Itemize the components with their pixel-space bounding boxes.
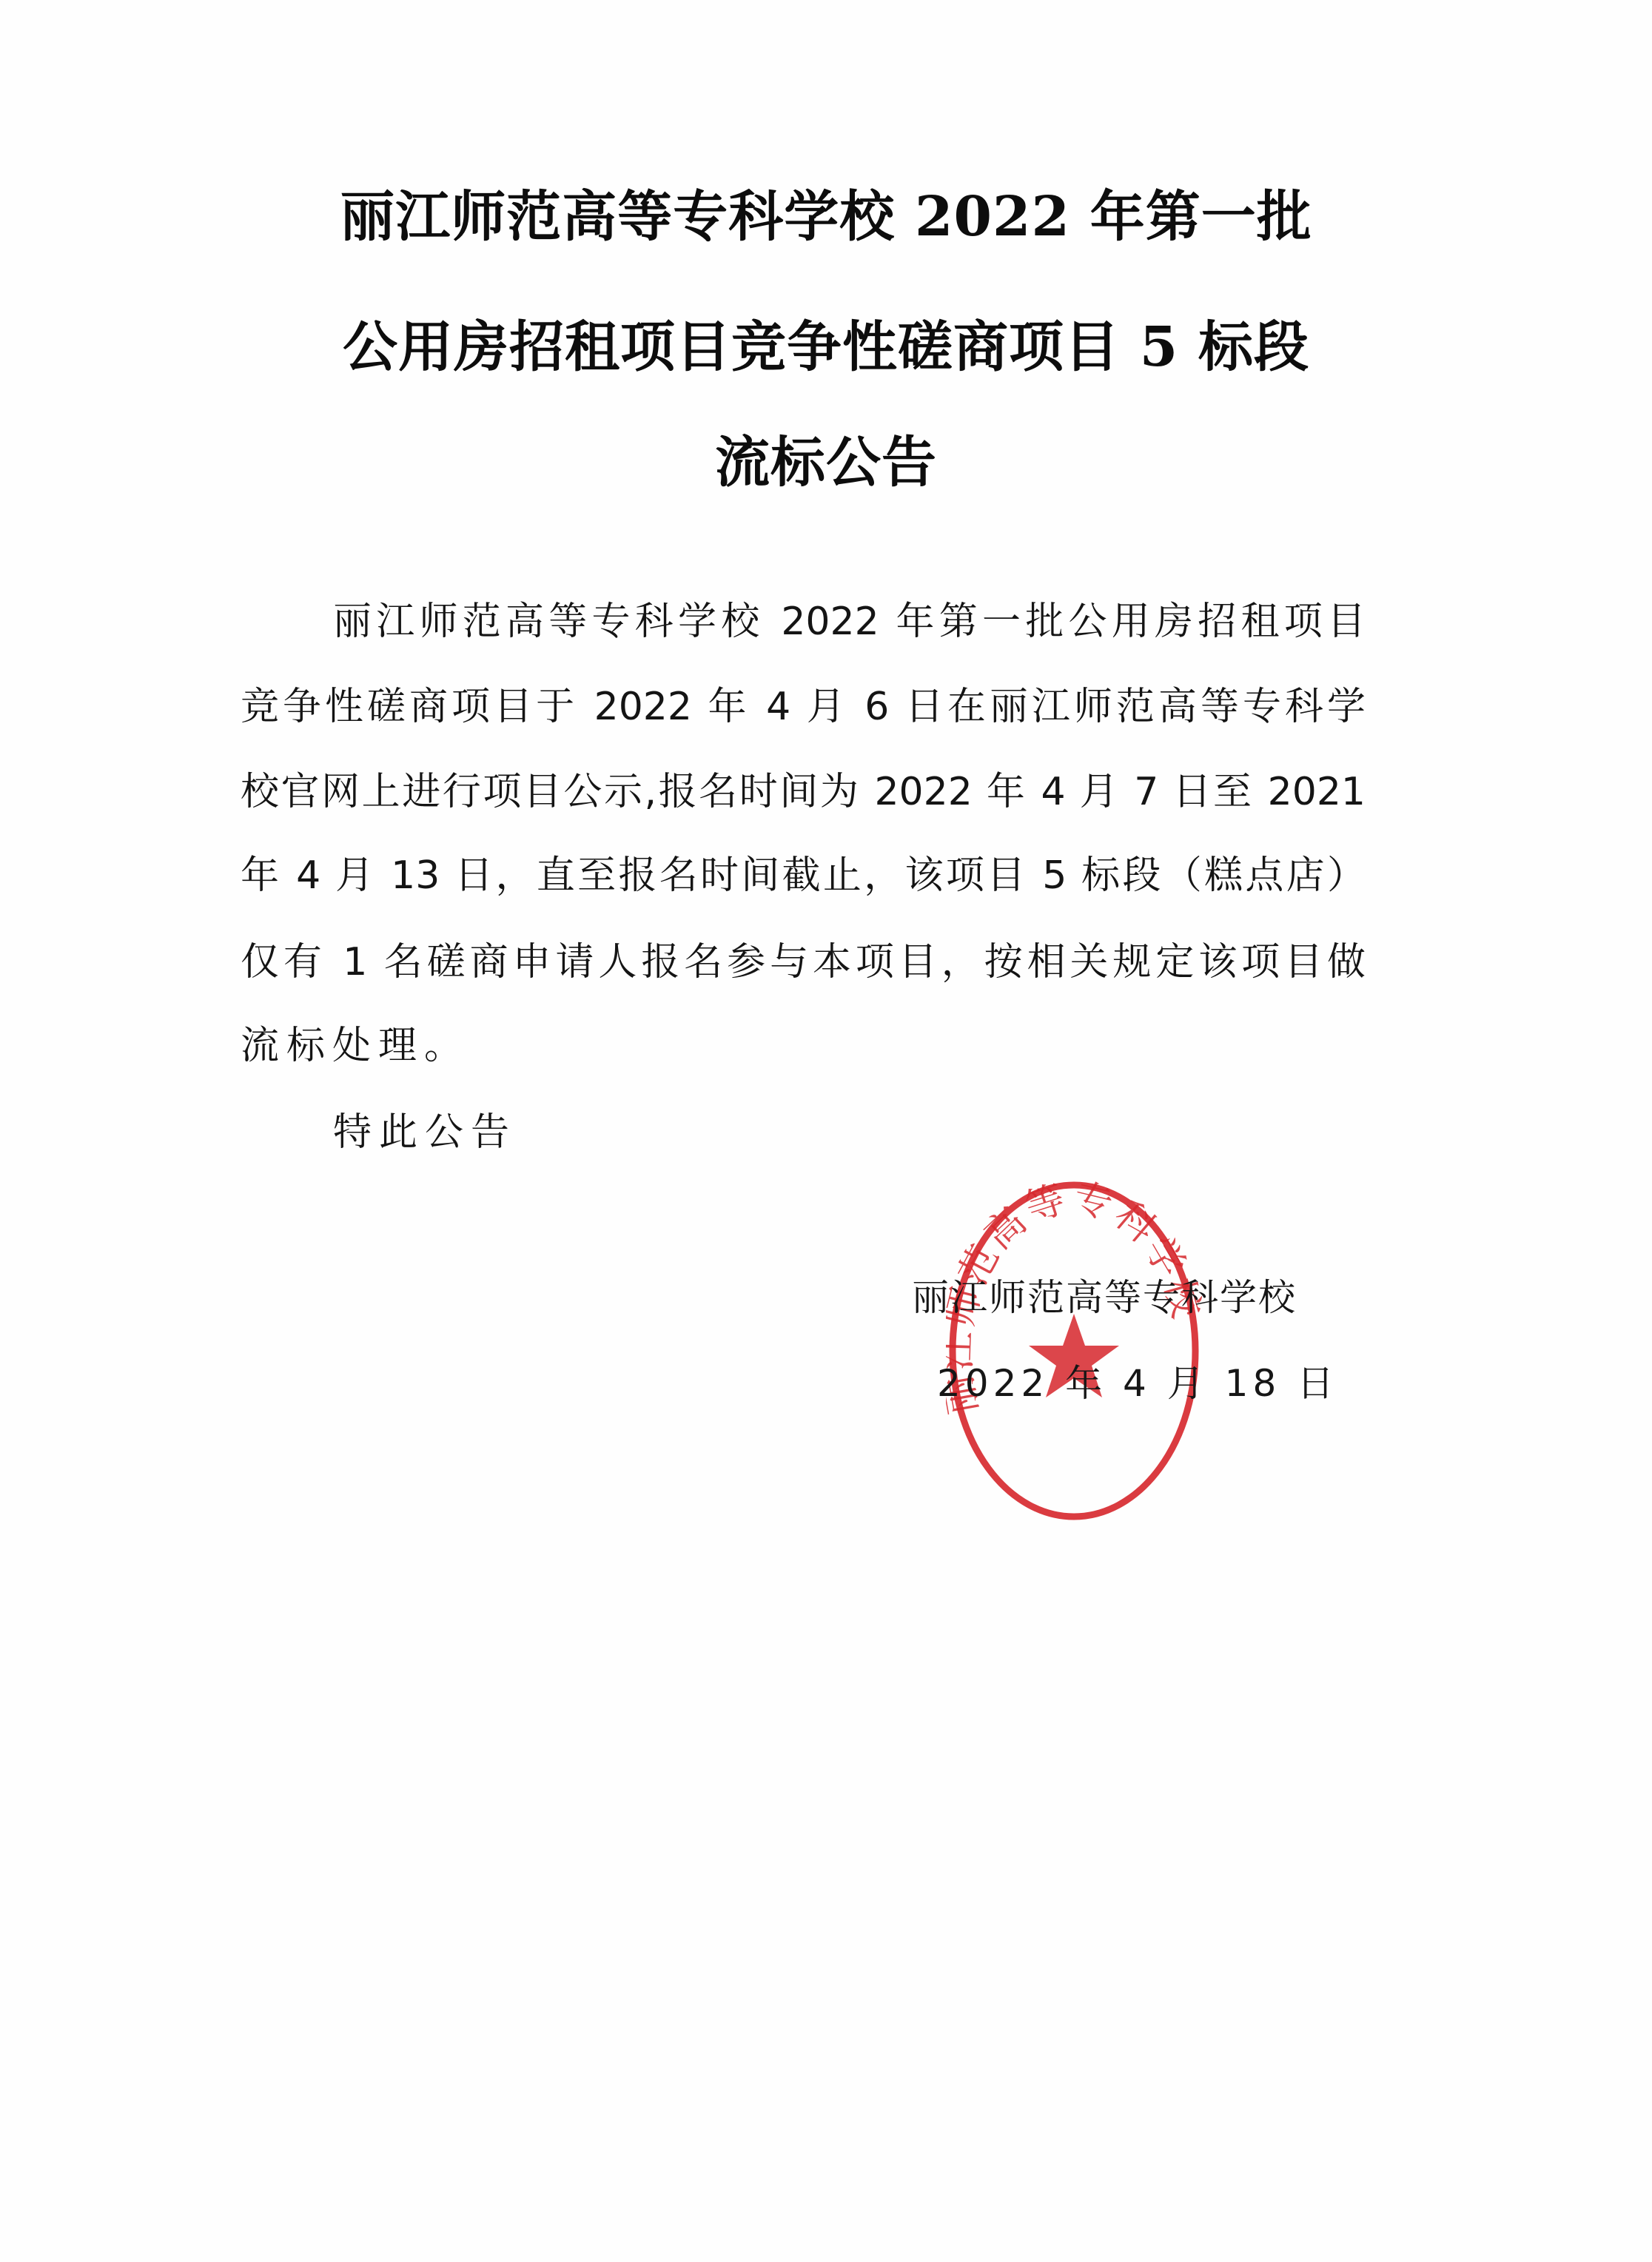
body-line-5: 仅有 1 名磋商申请人报名参与本项目，按相关规定该项目做 xyxy=(241,936,1366,988)
title-line-1: 丽江师范高等专科学校 2022 年第一批 xyxy=(0,184,1652,250)
signature-organization: 丽江师范高等专科学校 xyxy=(912,1273,1297,1322)
official-seal-stamp: 丽江师范高等专科学校 xyxy=(946,1177,1202,1525)
document-page: 丽江师范高等专科学校 2022 年第一批 公用房招租项目竞争性磋商项目 5 标段… xyxy=(0,0,1652,2262)
body-line-4: 年 4 月 13 日，直至报名时间截止，该项目 5 标段（糕点店） xyxy=(241,850,1366,902)
body-line-3: 校官网上进行项目公示,报名时间为 2022 年 4 月 7 日至 2021 xyxy=(241,766,1366,818)
signature-date: 2022 年 4 月 18 日 xyxy=(937,1359,1338,1408)
closing-text: 特此公告 xyxy=(333,1107,1366,1158)
body-line-6: 流标处理。 xyxy=(241,1020,1366,1072)
seal-icon: 丽江师范高等专科学校 xyxy=(946,1177,1202,1525)
body-line-2: 竞争性磋商项目于 2022 年 4 月 6 日在丽江师范高等专科学 xyxy=(241,681,1366,733)
title-line-3: 流标公告 xyxy=(0,429,1652,496)
body-line-1: 丽江师范高等专科学校 2022 年第一批公用房招租项目 xyxy=(333,596,1366,648)
title-line-2: 公用房招租项目竞争性磋商项目 5 标段 xyxy=(0,314,1652,380)
